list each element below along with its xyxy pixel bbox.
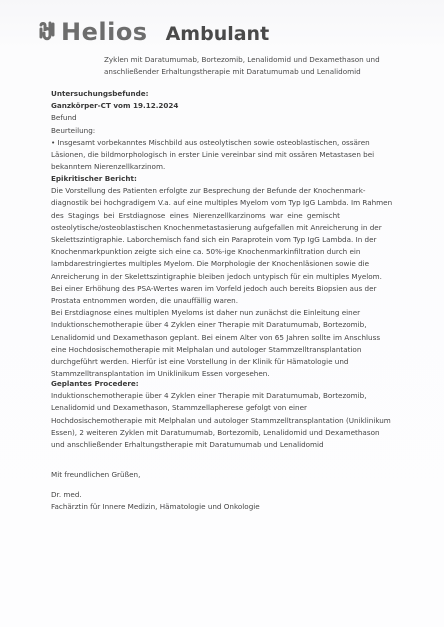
text-line: anschließender Erhaltungstherapie mit Da…	[104, 66, 414, 78]
text-line: Induktionschemotherapie über 4 Zyklen ei…	[51, 390, 339, 402]
signature-specialty: Fachärztin für Innere Medizin, Hämatolog…	[51, 501, 339, 513]
text-line: Lenalidomid und Dexamethason geplant. Be…	[51, 332, 340, 344]
text-line: osteolytische/osteoblastischen Knochenme…	[51, 222, 340, 234]
brand-name: Helios	[61, 19, 148, 45]
befund-label: Befund	[51, 112, 339, 124]
text-line: Zyklen mit Daratumumab, Bortezomib, Lena…	[104, 54, 414, 66]
text-line: Anreicherung in der Skelettszintigraphie…	[51, 271, 340, 283]
text-line: Die Vorstellung des Patienten erfolgte z…	[51, 185, 340, 197]
text-line: diagnostik bei hochgradigem V.a. auf ein…	[51, 197, 340, 209]
helios-logo-icon	[38, 21, 57, 43]
text-line: und anschließender Erhaltungstherapie mi…	[51, 439, 339, 451]
exam-title: Ganzkörper-CT vom 19.12.2024	[51, 100, 339, 112]
text-line: Essen), 2 weiteren Zyklen mit Daratumuma…	[51, 427, 339, 439]
text-line: • Insgesamt vorbekanntes Mischbild aus o…	[51, 137, 339, 149]
text-line: Prostata entnommen worden, die unauffäll…	[51, 295, 340, 307]
text-line: bekanntem Nierenzellkarzinom.	[51, 161, 339, 173]
signature-title: Dr. med.	[51, 489, 339, 501]
beurteilung-label: Beurteilung:	[51, 125, 339, 137]
closing-section: Mit freundlichen Grüßen, Dr. med. Fachär…	[51, 469, 339, 514]
procedure-heading: Geplantes Procedere:	[51, 378, 339, 390]
text-line: durchgeführt werden. Hierfür ist eine Vo…	[51, 356, 340, 368]
findings-heading: Untersuchungsbefunde:	[51, 88, 339, 100]
brand-subtitle: Ambulant	[166, 18, 270, 47]
text-line: Knochenmarkpunktion zeigte sich eine ca.…	[51, 246, 340, 258]
text-line: Läsionen, die bildmorphologisch in erste…	[51, 149, 339, 161]
letterhead: Helios Ambulant	[38, 19, 269, 45]
text-line: lambdarestringiertes multiples Myelom. D…	[51, 258, 340, 270]
text-line: Induktionschemotherapie über 4 Zyklen ei…	[51, 319, 340, 331]
text-line: Bei Erstdiagnose eines multiplen Myeloms…	[51, 307, 340, 319]
text-line: Skelettszintigraphie. Laborchemisch fand…	[51, 234, 340, 246]
findings-section: Untersuchungsbefunde: Ganzkörper-CT vom …	[51, 88, 339, 173]
text-line: Lenalidomid und Dexamethason, Stammzella…	[51, 402, 339, 414]
continuation-text: Zyklen mit Daratumumab, Bortezomib, Lena…	[104, 54, 414, 79]
document-page: Helios Ambulant Zyklen mit Daratumumab, …	[0, 0, 444, 627]
epicrisis-heading: Epikritischer Bericht:	[51, 173, 340, 185]
epicrisis-section: Epikritischer Bericht: Die Vorstellung d…	[51, 173, 340, 380]
text-line: eine Hochdosischemotherapie mit Melphala…	[51, 344, 340, 356]
text-line: Bei einer Erhöhung des PSA-Wertes waren …	[51, 283, 340, 295]
greeting: Mit freundlichen Grüßen,	[51, 469, 339, 481]
text-line: des Stagings bei Erstdiagnose eines Nier…	[51, 210, 340, 222]
text-line: Hochdosischemotherapie mit Melphalan und…	[51, 415, 339, 427]
procedure-section: Geplantes Procedere: Induktionschemother…	[51, 378, 339, 451]
